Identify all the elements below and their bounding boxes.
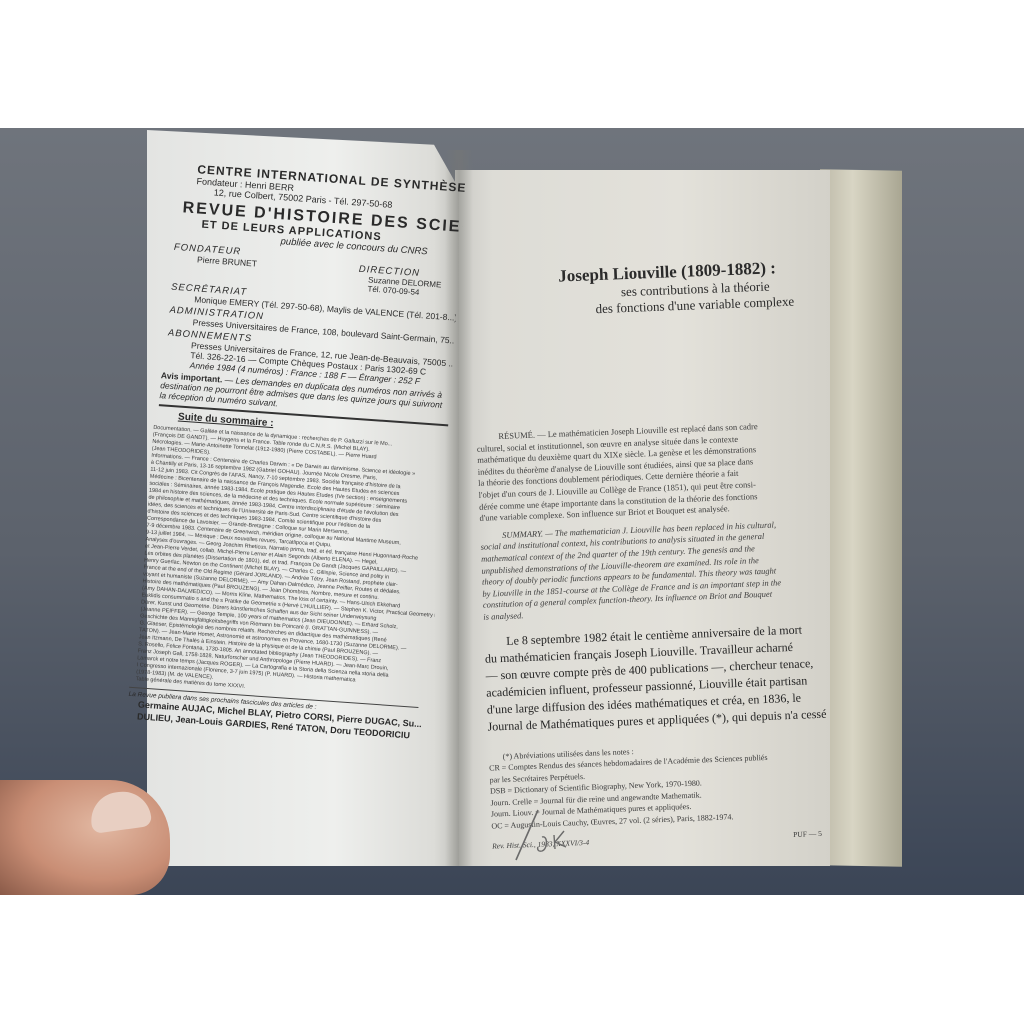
handwritten-mark-icon	[508, 805, 588, 865]
background-top	[0, 0, 1024, 128]
page-number: PUF — 5	[793, 829, 822, 839]
contents-list: Documentation. — Galilée et la naissance…	[135, 425, 446, 704]
background-bottom	[0, 895, 1024, 1024]
abstract-french: RÉSUMÉ. — Le mathématicien Joseph Liouvi…	[476, 418, 839, 525]
article-body: Le 8 septembre 1982 était le centième an…	[484, 619, 848, 735]
abstract-english: SUMMARY. — The mathematician J. Liouvill…	[480, 517, 843, 624]
left-page-content: CENTRE INTERNATIONAL DE SYNTHÈSE Fondate…	[127, 160, 466, 743]
right-page-content: Joseph Liouville (1809-1882) : ses contr…	[470, 256, 852, 850]
hand-thumb	[0, 780, 170, 895]
